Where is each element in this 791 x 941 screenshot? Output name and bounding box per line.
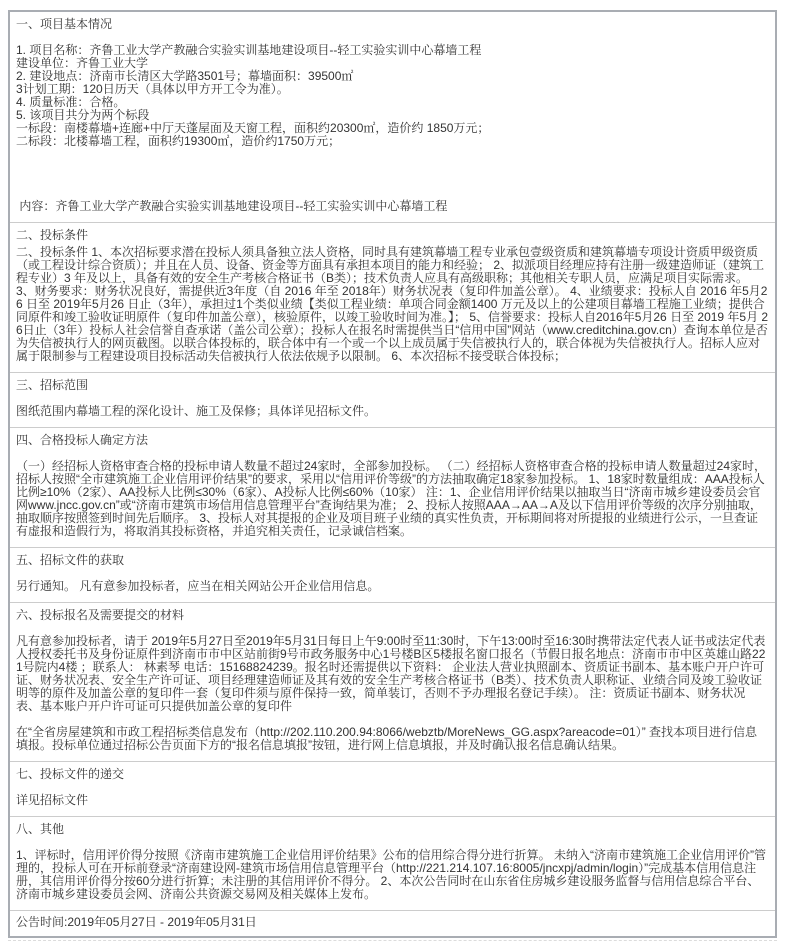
blank-line [16, 174, 769, 187]
notice-time: 公告时间:2019年05月27日 - 2019年05月31日 [16, 916, 769, 929]
announcement-table: 一、项目基本情况 1. 项目名称：齐鲁工业大学产教融合实验实训基地建设项目--轻… [8, 10, 777, 938]
text-line: 详见招标文件 [16, 794, 769, 807]
text-line: 3计划工期：120日历天（具体以甲方开工令为准）。 [16, 83, 769, 96]
section-row: 四、合格投标人确定方法 （一）经招标人资格审查合格的投标申请人数量不超过24家时… [10, 428, 775, 548]
blank-line [16, 161, 769, 174]
text-line: 在“全省房屋建筑和市政工程招标类信息发布（http://202.110.200.… [16, 726, 769, 752]
section-heading: 一、项目基本情况 [16, 18, 769, 31]
text-line: 二、投标条件 1、本次招标要求潜在投标人须具备独立法人资格，同时具有建筑幕墙工程… [16, 246, 769, 363]
section-row: 一、项目基本情况 1. 项目名称：齐鲁工业大学产教融合实验实训基地建设项目--轻… [10, 12, 775, 223]
section-row: 五、招标文件的获取 另行通知。 凡有意参加投标者，应当在相关网站公开企业信用信息… [10, 548, 775, 603]
section-row: 三、招标范围 图纸范围内幕墙工程的深化设计、施工及保修；具体详见招标文件。 [10, 373, 775, 428]
text-line: 1、评标时，信用评价得分按照《济南市建筑施工企业信用评价结果》公布的信用综合得分… [16, 849, 769, 901]
section-heading: 五、招标文件的获取 [16, 554, 769, 567]
text-line: 内容：齐鲁工业大学产教融合实验实训基地建设项目--轻工实验实训中心幕墙工程 [16, 200, 769, 213]
section-heading: 四、合格投标人确定方法 [16, 434, 769, 447]
text-line: 图纸范围内幕墙工程的深化设计、施工及保修；具体详见招标文件。 [16, 405, 769, 418]
blank-line [16, 781, 769, 794]
section-heading: 二、投标条件 [16, 229, 769, 242]
notice-time-row: 公告时间:2019年05月27日 - 2019年05月31日 [10, 911, 775, 936]
section-row: 二、投标条件二、投标条件 1、本次招标要求潜在投标人须具备独立法人资格，同时具有… [10, 223, 775, 373]
section-heading: 六、投标报名及需要提交的材料 [16, 609, 769, 622]
text-line: 凡有意参加投标者，请于 2019年5月27日至2019年5月31日每日上午9:0… [16, 635, 769, 713]
section-row: 六、投标报名及需要提交的材料 凡有意参加投标者，请于 2019年5月27日至20… [10, 603, 775, 762]
text-line: （一）经招标人资格审查合格的投标申请人数量不超过24家时，全部参加投标。 （二）… [16, 460, 769, 538]
blank-line [16, 148, 769, 161]
section-heading: 三、招标范围 [16, 379, 769, 392]
section-row: 八、其他 1、评标时，信用评价得分按照《济南市建筑施工企业信用评价结果》公布的信… [10, 817, 775, 911]
section-heading: 八、其他 [16, 823, 769, 836]
text-line: 另行通知。 凡有意参加投标者，应当在相关网站公开企业信用信息。 [16, 580, 769, 593]
section-heading: 七、投标文件的递交 [16, 768, 769, 781]
text-line: 二标段：北楼幕墙工程，面积约19300㎡，造价约1750万元； [16, 135, 769, 148]
section-row: 七、投标文件的递交 详见招标文件 [10, 762, 775, 817]
